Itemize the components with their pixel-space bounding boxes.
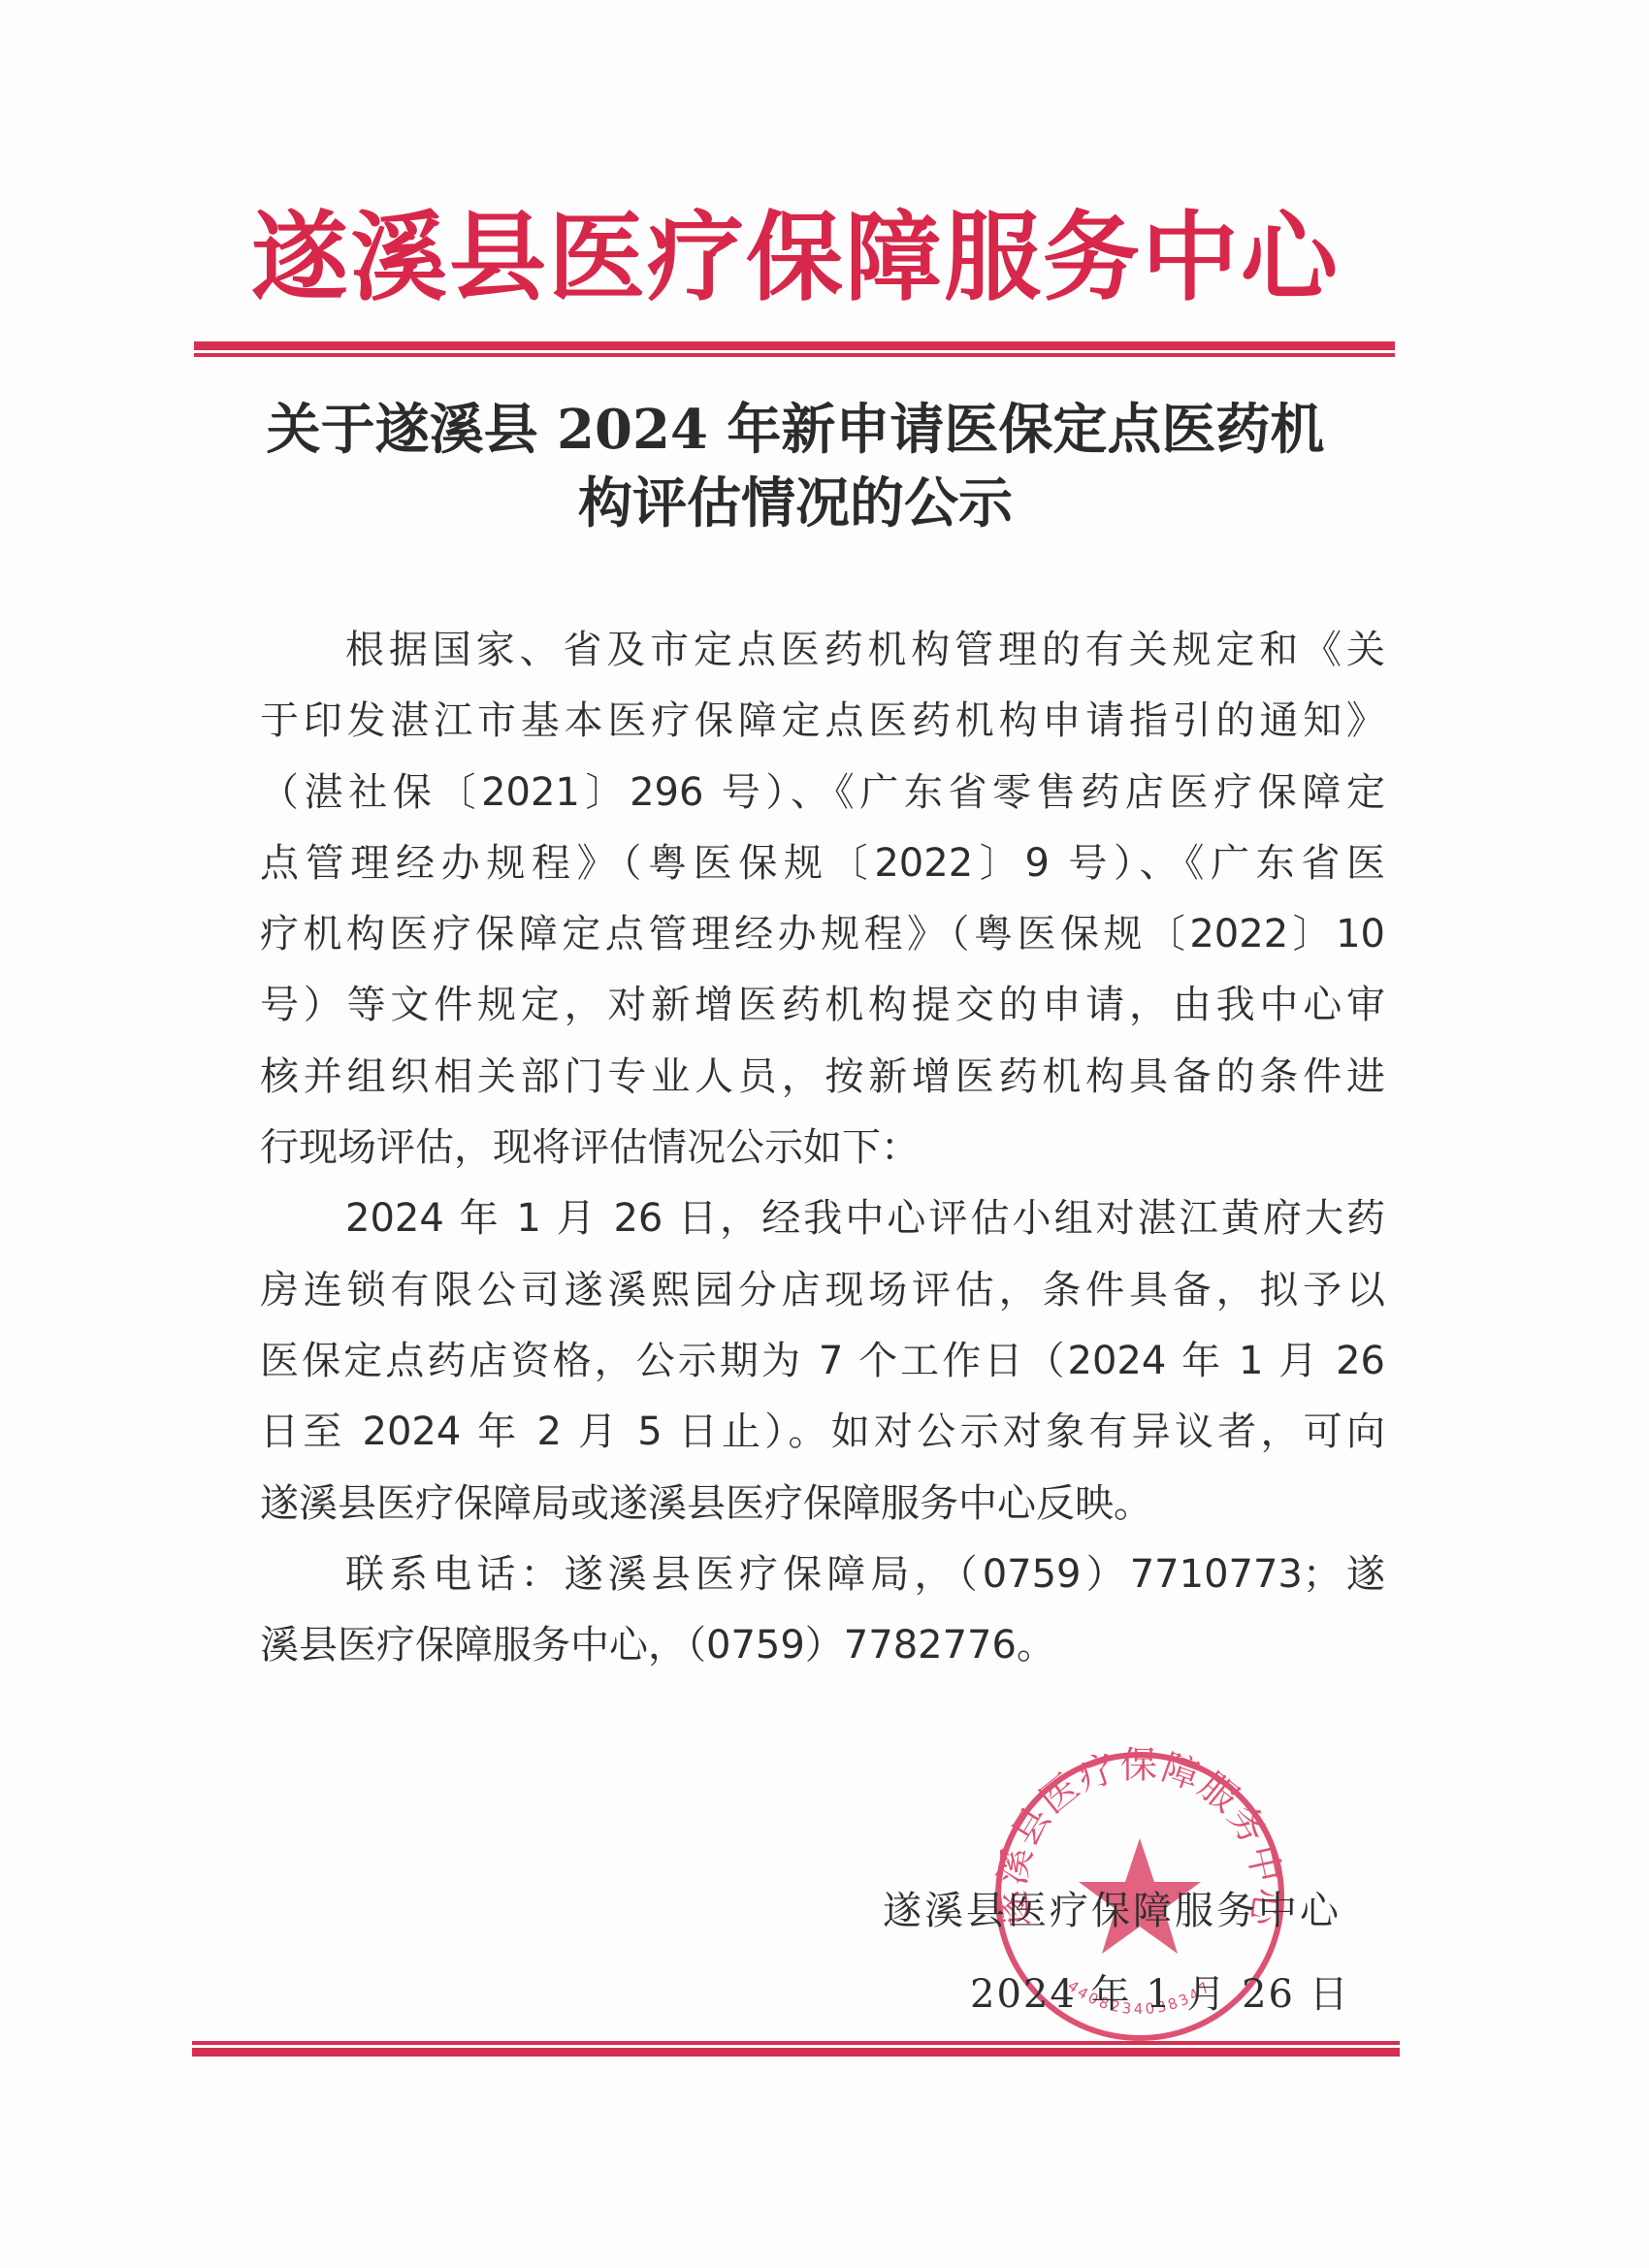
title-line-2: 构评估情况的公示 <box>194 467 1397 540</box>
document-page: 遂溪县医疗保障服务中心 关于遂溪县 2024 年新申请医保定点医药机 构评估情况… <box>0 0 1649 2268</box>
body-line: 根据国家、省及市定点医药机构管理的有关规定和《关 <box>260 615 1385 686</box>
body-line: 行现场评估，现将评估情况公示如下： <box>260 1113 1385 1183</box>
document-title: 关于遂溪县 2024 年新申请医保定点医药机 构评估情况的公示 <box>194 393 1397 540</box>
body-line: 医保定点药店资格，公示期为 7 个工作日（2024 年 1 月 26 <box>260 1326 1385 1397</box>
body-line: 日至 2024 年 2 月 5 日止）。如对公示对象有异议者，可向 <box>260 1397 1385 1468</box>
body-line: 核并组织相关部门专业人员，按新增医药机构具备的条件进 <box>260 1042 1385 1113</box>
rule-thin <box>194 353 1395 357</box>
signature-org-name: 遂溪县医疗保障服务中心 <box>883 1884 1368 1938</box>
body-line: 号）等文件规定，对新增医药机构提交的申请，由我中心审 <box>260 970 1385 1041</box>
letterhead-divider-top <box>194 341 1395 357</box>
body-line: 点管理经办规程》（粤医保规〔2022〕9 号）、《广东省医 <box>260 828 1385 899</box>
body-line: 疗机构医疗保障定点管理经办规程》（粤医保规〔2022〕10 <box>260 899 1385 970</box>
body-line: 遂溪县医疗保障局或遂溪县医疗保障服务中心反映。 <box>260 1469 1385 1539</box>
body-line: 房连锁有限公司遂溪熙园分店现场评估，条件具备，拟予以 <box>260 1255 1385 1326</box>
body-line: 2024 年 1 月 26 日，经我中心评估小组对湛江黄府大药 <box>260 1183 1385 1254</box>
rule-thick <box>194 341 1395 350</box>
signature-date: 2024 年 1 月 26 日 <box>970 1967 1350 2022</box>
rule-thick <box>192 2048 1400 2057</box>
document-body: 根据国家、省及市定点医药机构管理的有关规定和《关 于印发湛江市基本医疗保障定点医… <box>260 615 1385 1681</box>
letterhead-org-name: 遂溪县医疗保障服务中心 <box>194 194 1397 320</box>
title-line-1: 关于遂溪县 2024 年新申请医保定点医药机 <box>194 393 1397 467</box>
contact-line: 溪县医疗保障服务中心，（0759）7782776。 <box>260 1610 1385 1681</box>
body-line: 于印发湛江市基本医疗保障定点医药机构申请指引的通知》 <box>260 686 1385 757</box>
body-line: （湛社保〔2021〕296 号）、《广东省零售药店医疗保障定 <box>260 758 1385 828</box>
contact-line: 联系电话：遂溪县医疗保障局，（0759）7710773；遂 <box>260 1539 1385 1610</box>
